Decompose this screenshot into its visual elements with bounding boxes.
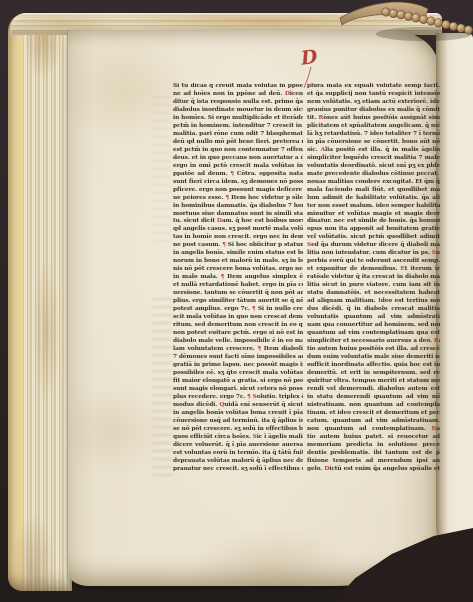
text-line: prauatur nec crescit. sʒ solū ī effectib… bbox=[173, 466, 303, 474]
text-line: sufficit inordinata affectio. quia hoc e… bbox=[307, 362, 440, 370]
text-line: minuitur et volūtas magis et magis deor bbox=[307, 211, 440, 219]
text-line: plicitatem et spūalitatem angelicam. q̄ … bbox=[307, 123, 440, 131]
braided-clasp bbox=[336, 0, 473, 52]
text-line: et exponitur de demonibus. Et iterum ir bbox=[307, 266, 440, 274]
text-line: nem volūtatis. sʒ etiam actū exteriorē. … bbox=[307, 99, 440, 107]
text-line: qd angelis casus. sʒ post mortē mala vol… bbox=[173, 226, 303, 234]
text-line: Si tu dicas q̄ creuit mala volūtas in pp… bbox=[173, 83, 303, 91]
text-line: ne post casum. ¶ Si hoc obiicitur p stat… bbox=[173, 242, 303, 250]
text-line: modus dicēdi. Quidā enī senserūt q̄ sicu… bbox=[173, 402, 303, 410]
text-line: opus non ita apponit ad bonitatem gratie bbox=[307, 226, 440, 234]
text-line: ritum. sed demeritum non crescit in eo q… bbox=[173, 322, 303, 330]
text-line: non potest euitare pctm̄. ergo si nō est… bbox=[173, 330, 303, 338]
text-line: tit. Rōnes aūt huius positōis assignāt s… bbox=[307, 115, 440, 123]
text-line: et q̄a supplicij non tantū respicit inte… bbox=[307, 91, 440, 99]
rubricated-text: ¶ S bbox=[247, 394, 257, 400]
text-line: in hominibus damnatis. q̄a diabolus 7 ho… bbox=[173, 203, 303, 211]
text-line: plura mala ex equali volūtate semp facit… bbox=[307, 83, 440, 91]
text-line: est pctm̄ in quo non contemnatur 7 offen… bbox=[173, 147, 303, 155]
facing-page-edge bbox=[436, 33, 473, 578]
text-line: dicere voluerūt. q̄ ī pīa auersione auer… bbox=[173, 442, 303, 450]
text-line: dus dicēdi. q̄ in diabolo crescat maliti… bbox=[307, 306, 440, 314]
text-line: dum enim voluntatis male siue demeriti n… bbox=[307, 354, 440, 362]
text-line: simpliciter et necessario auersus a deo.… bbox=[307, 338, 440, 346]
text-line: cōuersione usq̄ ad terminū. ita q̄ āpliu… bbox=[173, 418, 303, 426]
text-line: pctm̄ in hominem. intenditur 7 crescit i… bbox=[173, 123, 303, 131]
text-line: plius. ergo similiter tātum auertit se q… bbox=[173, 298, 303, 306]
text-line: in angelis bonīs volūtas bona creuit ī p… bbox=[173, 410, 303, 418]
text-line: memoriam predicta in solutione prece bbox=[307, 442, 440, 450]
text-line: et nullā retardationē habet. ergo in pīa… bbox=[173, 282, 303, 290]
text-line: catum. quantum ad vim admīstratiuam. bbox=[307, 418, 440, 426]
text-line: in homīes. Si ergo multiplicādo et iterā… bbox=[173, 115, 303, 123]
book-fore-edge-pages bbox=[8, 13, 72, 591]
text-line: statu damnatōis. et necessitatem habeat bbox=[307, 290, 440, 298]
text-line: tio autem huius positōis est illa. ad cr… bbox=[307, 346, 440, 354]
text-line: ter non esset malum. ideo semper habilit… bbox=[307, 203, 440, 211]
text-line: mala faciendo mali fiūt. et quodlibet ma bbox=[307, 187, 440, 195]
text-line: lā hʒ retardatiuū. 7 ideo totaliter 7 ī … bbox=[307, 131, 440, 139]
text-line: ratōale videtur q̄ ita crescat in diabol… bbox=[307, 274, 440, 282]
text-line: grauius punitur diabolus ex malis q̄ cōm… bbox=[307, 107, 440, 115]
text-line: ue peiores esse. ¶ Item hoc videtur p sī… bbox=[173, 195, 303, 203]
text-line: tas in homīe non crescit. ergo nec in de… bbox=[173, 234, 303, 242]
text-line: gratiā in primo lapsu. nec possūt magis … bbox=[173, 362, 303, 370]
text-line: fit maior elongatō a gratia. si ergo nō … bbox=[173, 378, 303, 386]
text-line: scit mala volūtas in quo non crescat dem… bbox=[173, 314, 303, 322]
text-line: nis nō pōt crescere bona volūtas. ergo n… bbox=[173, 266, 303, 274]
text-line: mortuus siue damnatus sunt in simili sta bbox=[173, 211, 303, 219]
quire-mark-letter: D bbox=[299, 46, 320, 70]
text-line: 7 dēmones sunt facti oīno impossibiles a… bbox=[173, 354, 303, 362]
text-line: in angelis bonīs. simile enim status est… bbox=[173, 250, 303, 258]
text-line: simpliciter loquēdo crescit malitia 7 ma… bbox=[307, 155, 440, 163]
text-line: ppatōe ad deum. ¶ Cōtra. opposita nata bbox=[173, 171, 303, 179]
text-line: sic. Alia positō est illa. q̄ in malis ā… bbox=[307, 147, 440, 155]
text-line: pficere. ergo non possunt magis deficere… bbox=[173, 187, 303, 195]
text-line: vel volūtatis. sicut pctm̄ quodlibet adi… bbox=[307, 234, 440, 242]
text-line: in malo mala. ¶ Item angelus simplex ē bbox=[173, 274, 303, 282]
text-line: dentis problematis. ibi tantum est de p̄ bbox=[307, 450, 440, 458]
text-line: sunt fieri circa idem. sʒ demones nō pos… bbox=[173, 179, 303, 187]
text-line: fixione temporis ad merendum ipsi an bbox=[307, 458, 440, 466]
text-line: deus. et in quo peccans non auertatur a … bbox=[173, 155, 303, 163]
text-line: uam qua conuertitur ad hominem. sed non bbox=[307, 322, 440, 330]
text-line: perbia eorū qui te oderunt ascendit semp… bbox=[307, 258, 440, 266]
text-line: nistratiuam. non quantum ad contempla bbox=[307, 402, 440, 410]
photo-backdrop: D Si tu dicas q̄ creuit mala volūtas in … bbox=[0, 0, 473, 602]
text-line: se nō pōt crescere. sʒ solū in effectibu… bbox=[173, 426, 303, 434]
text-line: gelo. Dictū est enim q̄a angelus spūalis… bbox=[307, 466, 440, 474]
text-line: est voluntas eorū in termīo. ita q̄ tātū… bbox=[173, 450, 303, 458]
text-line: tiuam. et ideo crescit et demeritum et p… bbox=[307, 410, 440, 418]
text-line: norum in bono et malorū in malo. sʒ in b… bbox=[173, 258, 303, 266]
text-line: uersione. tantum se cōuertit q̄ non pōt … bbox=[173, 290, 303, 298]
text-line: mate precedente diabolus cōtinue peccat.… bbox=[307, 171, 440, 179]
text-line: quantum ad vim contemplatiuam qua est bbox=[307, 330, 440, 338]
text-line: voluntatis quantum ad vim admīstrati bbox=[307, 314, 440, 322]
text-line: litia sicut in puro viatore. cum iam sit… bbox=[307, 282, 440, 290]
text-line: nouas malitias condere excogitat. Et q̄m… bbox=[307, 179, 440, 187]
text-line: tu. sicut dicit Dam. q̄ hoc est hoībus m… bbox=[173, 218, 303, 226]
text-line: rendi vel demerendi. diabolus autem est bbox=[307, 386, 440, 394]
text-column-right: plura mala ex equali volūtate semp facit… bbox=[307, 83, 440, 475]
text-line: ne ad hoīes non in ppōne ad deū. Dicen bbox=[173, 91, 303, 99]
text-line: litia non intendatur. cum dicatur in ps.… bbox=[307, 250, 440, 258]
text-line: dinatur. nec est simile de bonis. q̄a bo… bbox=[307, 218, 440, 226]
text-line: ditur q̄ ista responsio nulla est. primo… bbox=[173, 99, 303, 107]
text-line: lam voluntatem crescere. ¶ Item diaboli bbox=[173, 346, 303, 354]
text-line: lum adimit de habilitate volūtatis. q̄a … bbox=[307, 195, 440, 203]
text-line: potest amplius. ergo 7c. ¶ Si in nullo c… bbox=[173, 306, 303, 314]
text-line: ergo in omī pctō crescit mala volūtas in bbox=[173, 163, 303, 171]
text-line: possibiles eē. sʒ q̄to crescit mala volū… bbox=[173, 370, 303, 378]
text-line: ad aliquam malitiam. Ideo est tertius mo bbox=[307, 298, 440, 306]
text-line: deū qd nullo mō pōt bene fieri. preterea… bbox=[173, 139, 303, 147]
text-line: diabolus inordinate mouetur in deum sicu… bbox=[173, 107, 303, 115]
text-line: diabolo male velle. impossibile ē in eo … bbox=[173, 338, 303, 346]
text-column-left: Si tu dicas q̄ creuit mala volūtas in pp… bbox=[173, 83, 303, 477]
show-through-text-upper-margin bbox=[153, 96, 170, 246]
text-line: demeritū. et erit in sempiternum. sed re bbox=[307, 370, 440, 378]
text-line: malitia. pari rōne cum odit 7 blasphemat bbox=[173, 131, 303, 139]
text-line: Sed q̄a durum videtur dicere q̄ diaboli … bbox=[307, 242, 440, 250]
text-line: in pīa cōuersione se cōuertit. bono aūt … bbox=[307, 139, 440, 147]
text-line: quiritur vltra. tempus meriti et statum … bbox=[307, 378, 440, 386]
text-line: tio autem huius patet. si reuocetur ad bbox=[307, 434, 440, 442]
text-line: deprauata volūtas malorū q̄ āplius nec d… bbox=[173, 458, 303, 466]
text-line: sunt magis elongari. sicut cetera nō pos… bbox=[173, 386, 303, 394]
text-line: non quantum ad contemplatiuam. Ra bbox=[307, 426, 440, 434]
text-line: in statu demerendi quantum ad vim mī bbox=[307, 394, 440, 402]
text-line: plus recedere. ergo 7c. ¶ Solutio. tripl… bbox=[173, 394, 303, 402]
show-through-text-left-margin bbox=[152, 298, 172, 476]
text-line: quos efficiūt circa hoīes. Sic ī āgelis … bbox=[173, 434, 303, 442]
text-line: voluntatis deordinatō. sicut enī pʒ ex p… bbox=[307, 163, 440, 171]
